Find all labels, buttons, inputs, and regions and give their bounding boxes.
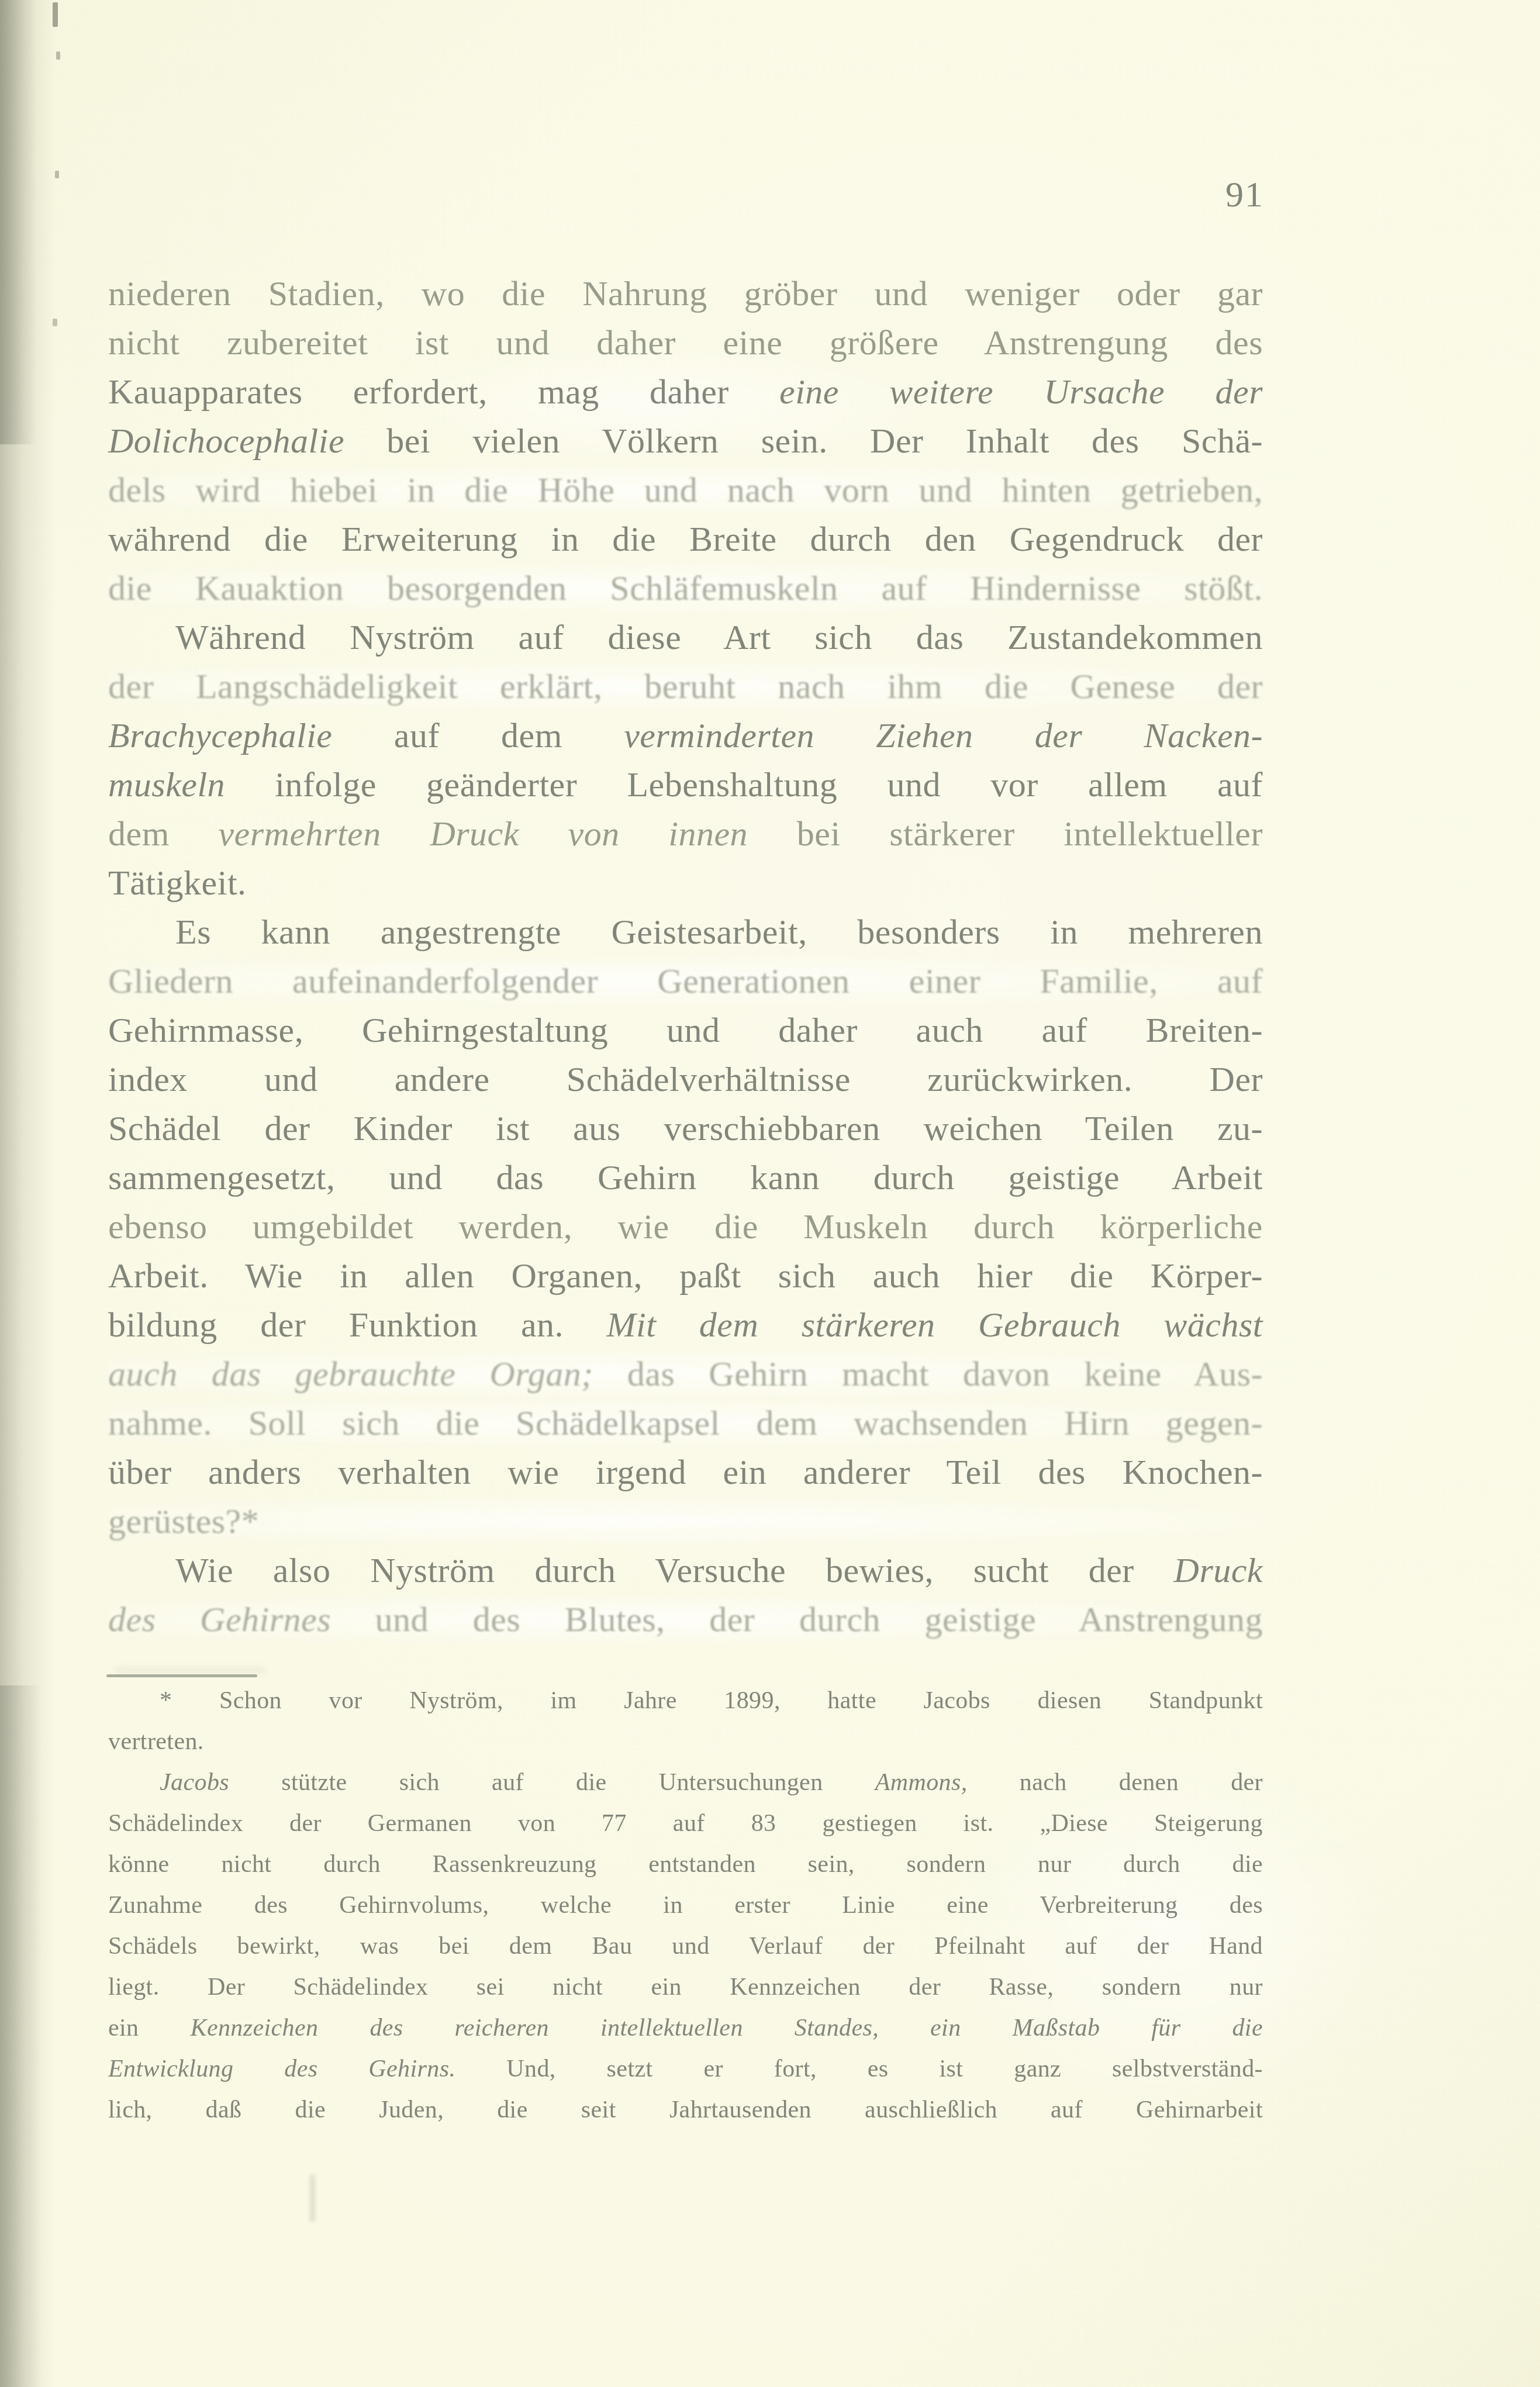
text-segment: die Kauaktion besorgenden Schläfemuskeln… bbox=[108, 569, 1263, 607]
text-line: vertreten. bbox=[108, 1721, 1263, 1762]
text-line: Zunahme des Gehirnvolums, welche in erst… bbox=[108, 1885, 1263, 1926]
text-segment: sammengesetzt, und das Gehirn kann durch… bbox=[108, 1158, 1263, 1197]
text-segment: Während Nyström auf diese Art sich das Z… bbox=[175, 618, 1263, 657]
text-line: Tätigkeit. bbox=[108, 858, 1263, 907]
page-number: 91 bbox=[1146, 174, 1264, 216]
italic-text-segment: muskeln bbox=[108, 765, 225, 804]
text-line: die Kauaktion besorgenden Schläfemuskeln… bbox=[108, 564, 1263, 613]
italic-text-segment: Brachycephalie bbox=[108, 716, 333, 755]
italic-text-segment: Entwicklung des Gehirns. bbox=[108, 2056, 455, 2082]
text-line: des Gehirnes und des Blutes, der durch g… bbox=[108, 1595, 1263, 1644]
text-line: Arbeit. Wie in allen Organen, paßt sich … bbox=[108, 1251, 1263, 1300]
text-line: lich, daß die Juden, die seit Jahrtausen… bbox=[108, 2089, 1263, 2130]
italic-text-segment: auch das gebrauchte Organ; bbox=[108, 1355, 593, 1393]
text-line: Brachycephalie auf dem verminderten Zieh… bbox=[108, 711, 1263, 760]
text-segment: Schädel der Kinder ist aus verschiebbare… bbox=[108, 1109, 1263, 1148]
scan-shadow-bottom-left bbox=[0, 1685, 47, 2387]
text-segment: ebenso umgebildet werden, wie die Muskel… bbox=[108, 1207, 1263, 1246]
text-segment: über anders verhalten wie irgend ein and… bbox=[108, 1453, 1263, 1491]
text-segment: stützte sich auf die Untersuchungen bbox=[229, 1769, 875, 1796]
text-line: Entwicklung des Gehirns. Und, setzt er f… bbox=[108, 2049, 1263, 2089]
text-line: bildung der Funktion an. Mit dem stärker… bbox=[108, 1300, 1263, 1349]
footnote-rule bbox=[106, 1674, 257, 1677]
text-segment: nach denen der bbox=[968, 1769, 1263, 1796]
text-line: dels wird hiebei in die Höhe und nach vo… bbox=[108, 465, 1263, 514]
text-segment: index und andere Schädelverhältnisse zur… bbox=[108, 1060, 1263, 1098]
text-line: nahme. Soll sich die Schädelkapsel dem w… bbox=[108, 1398, 1263, 1448]
italic-text-segment: Druck bbox=[1174, 1551, 1263, 1590]
text-line: ebenso umgebildet werden, wie die Muskel… bbox=[108, 1202, 1263, 1251]
text-segment: dem bbox=[108, 814, 218, 853]
book-page-scan: 91 niederen Stadien, wo die Nahrung gröb… bbox=[0, 0, 1540, 2387]
text-segment: vertreten. bbox=[108, 1728, 204, 1755]
text-segment: Schädels bewirkt, was bei dem Bau und Ve… bbox=[108, 1933, 1263, 1960]
italic-text-segment: eine weitere Ursache der bbox=[779, 372, 1263, 411]
text-line: Schädels bewirkt, was bei dem Bau und Ve… bbox=[108, 1926, 1263, 1967]
text-segment: bei stärkerer intellektueller bbox=[748, 814, 1263, 853]
text-line: muskeln infolge geänderter Lebenshaltung… bbox=[108, 760, 1263, 809]
text-line: auch das gebrauchte Organ; das Gehirn ma… bbox=[108, 1349, 1263, 1398]
text-line: über anders verhalten wie irgend ein and… bbox=[108, 1448, 1263, 1497]
text-line: liegt. Der Schädelindex sei nicht ein Ke… bbox=[108, 1967, 1263, 2008]
italic-text-segment: verminderten Ziehen der Nacken- bbox=[624, 716, 1263, 755]
text-segment: auf dem bbox=[333, 716, 624, 755]
text-segment: Tätigkeit. bbox=[108, 863, 247, 902]
italic-text-segment: Kennzeichen des reicheren intellektuelle… bbox=[190, 2015, 1263, 2041]
text-segment: Arbeit. Wie in allen Organen, paßt sich … bbox=[108, 1256, 1263, 1295]
scan-shadow-top-left bbox=[0, 0, 41, 444]
text-segment: bildung der Funktion an. bbox=[108, 1305, 607, 1344]
text-line: der Langschädeligkeit erklärt, beruht na… bbox=[108, 662, 1263, 711]
body-text: niederen Stadien, wo die Nahrung gröber … bbox=[108, 269, 1263, 1644]
text-line: Jacobs stützte sich auf die Untersuchung… bbox=[108, 1762, 1263, 1803]
text-line: könne nicht durch Rassenkreuzung entstan… bbox=[108, 1844, 1263, 1885]
italic-text-segment: des Gehirnes bbox=[108, 1600, 331, 1639]
text-line: niederen Stadien, wo die Nahrung gröber … bbox=[108, 269, 1263, 318]
text-segment: und des Blutes, der durch geistige Anstr… bbox=[331, 1600, 1263, 1639]
text-line: Gehirnmasse, Gehirngestaltung und daher … bbox=[108, 1006, 1263, 1055]
text-segment: könne nicht durch Rassenkreuzung entstan… bbox=[108, 1851, 1263, 1878]
text-segment: ein bbox=[108, 2015, 190, 2041]
text-segment: während die Erweiterung in die Breite du… bbox=[108, 520, 1263, 558]
text-line: Schädelindex der Germanen von 77 auf 83 … bbox=[108, 1803, 1263, 1844]
text-segment: Gehirnmasse, Gehirngestaltung und daher … bbox=[108, 1011, 1263, 1049]
italic-text-segment: Mit dem stärkeren Gebrauch wächst bbox=[607, 1305, 1263, 1344]
text-line: sammengesetzt, und das Gehirn kann durch… bbox=[108, 1153, 1263, 1202]
text-segment: lich, daß die Juden, die seit Jahrtausen… bbox=[108, 2096, 1263, 2123]
scan-speck bbox=[53, 319, 57, 326]
text-line: Dolichocephalie bei vielen Völkern sein.… bbox=[108, 416, 1263, 465]
italic-text-segment: vermehrten Druck von innen bbox=[218, 814, 748, 853]
italic-text-segment: Ammons, bbox=[875, 1769, 968, 1796]
text-segment: Schädelindex der Germanen von 77 auf 83 … bbox=[108, 1810, 1263, 1837]
text-line: Schädel der Kinder ist aus verschiebbare… bbox=[108, 1104, 1263, 1153]
text-segment: nahme. Soll sich die Schädelkapsel dem w… bbox=[108, 1404, 1263, 1442]
text-segment: Und, setzt er fort, es ist ganz selbstve… bbox=[455, 2056, 1263, 2082]
text-line: gerüstes?* bbox=[108, 1497, 1263, 1546]
text-line: * Schon vor Nyström, im Jahre 1899, hatt… bbox=[108, 1680, 1263, 1721]
text-segment: dels wird hiebei in die Höhe und nach vo… bbox=[108, 471, 1263, 509]
text-segment: der Langschädeligkeit erklärt, beruht na… bbox=[108, 667, 1263, 706]
text-segment: nicht zubereitet ist und daher eine größ… bbox=[108, 323, 1263, 362]
text-line: während die Erweiterung in die Breite du… bbox=[108, 514, 1263, 564]
text-segment: bei vielen Völkern sein. Der Inhalt des … bbox=[344, 422, 1263, 460]
scan-speck bbox=[55, 171, 59, 178]
italic-text-segment: Dolichocephalie bbox=[108, 422, 344, 460]
text-segment: Kauapparates erfordert, mag daher bbox=[108, 372, 779, 411]
text-segment: Wie also Nyström durch Versuche bewies, … bbox=[175, 1551, 1174, 1590]
text-segment: das Gehirn macht davon keine Aus- bbox=[593, 1355, 1263, 1393]
text-segment: * Schon vor Nyström, im Jahre 1899, hatt… bbox=[160, 1687, 1263, 1714]
scan-speck bbox=[53, 2, 58, 27]
footnote-text: * Schon vor Nyström, im Jahre 1899, hatt… bbox=[108, 1680, 1263, 2130]
text-line: Kauapparates erfordert, mag daher eine w… bbox=[108, 367, 1263, 416]
text-line: index und andere Schädelverhältnisse zur… bbox=[108, 1055, 1263, 1104]
text-line: Während Nyström auf diese Art sich das Z… bbox=[108, 613, 1263, 662]
text-segment: liegt. Der Schädelindex sei nicht ein Ke… bbox=[108, 1974, 1263, 2001]
text-segment: gerüstes?* bbox=[108, 1502, 259, 1540]
text-segment: Gliedern aufeinanderfolgender Generation… bbox=[108, 962, 1263, 1000]
scan-smudge bbox=[310, 2175, 315, 2222]
text-line: Gliedern aufeinanderfolgender Generation… bbox=[108, 956, 1263, 1006]
text-segment: Zunahme des Gehirnvolums, welche in erst… bbox=[108, 1892, 1263, 1919]
text-segment: infolge geänderter Lebenshaltung und vor… bbox=[225, 765, 1263, 804]
text-segment: Es kann angestrengte Geistesarbeit, beso… bbox=[175, 913, 1263, 951]
text-line: nicht zubereitet ist und daher eine größ… bbox=[108, 318, 1263, 367]
text-line: ein Kennzeichen des reicheren intellektu… bbox=[108, 2008, 1263, 2049]
text-line: dem vermehrten Druck von innen bei stärk… bbox=[108, 809, 1263, 858]
text-line: Wie also Nyström durch Versuche bewies, … bbox=[108, 1546, 1263, 1595]
text-line: Es kann angestrengte Geistesarbeit, beso… bbox=[108, 907, 1263, 956]
scan-speck bbox=[56, 51, 60, 60]
text-segment: niederen Stadien, wo die Nahrung gröber … bbox=[108, 274, 1263, 313]
italic-text-segment: Jacobs bbox=[160, 1769, 229, 1796]
